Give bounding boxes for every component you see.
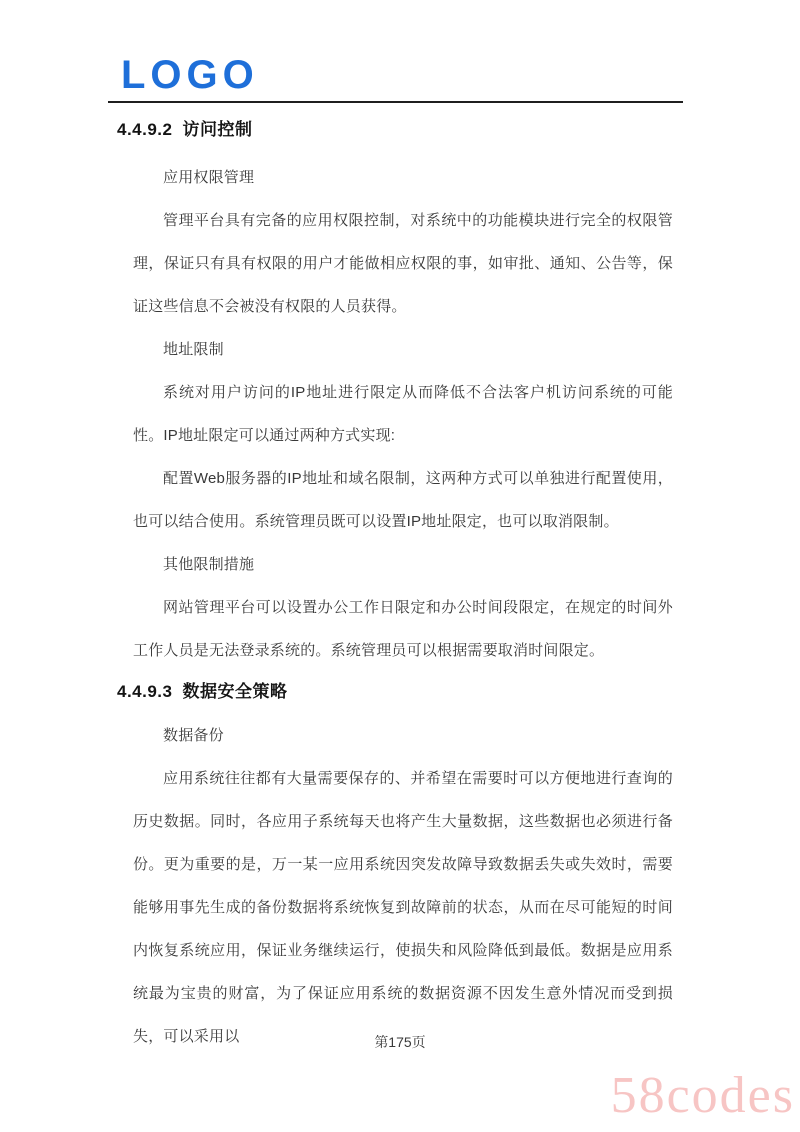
page-number: 第175页 — [0, 1032, 800, 1052]
section-heading-access-control: 4.4.9.2访问控制 — [117, 118, 673, 142]
paragraph-data-backup-subhead: 数据备份 — [117, 714, 673, 757]
document-body: 4.4.9.2访问控制 应用权限管理 管理平台具有完备的应用权限控制，对系统中的… — [117, 112, 673, 1058]
watermark: 58codes — [611, 1068, 795, 1124]
section-number: 4.4.9.2 — [117, 120, 173, 139]
paragraph-ip-limit-body: 系统对用户访问的IP地址进行限定从而降低不合法客户机访问系统的可能性。IP地址限… — [117, 371, 673, 457]
header-divider — [108, 101, 683, 103]
paragraph-app-permission-subhead: 应用权限管理 — [117, 156, 673, 199]
paragraph-address-limit-subhead: 地址限制 — [117, 328, 673, 371]
paragraph-time-limit-body: 网站管理平台可以设置办公工作日限定和办公时间段限定，在规定的时间外工作人员是无法… — [117, 586, 673, 672]
paragraph-other-limits-subhead: 其他限制措施 — [117, 543, 673, 586]
paragraph-app-permission-body: 管理平台具有完备的应用权限控制，对系统中的功能模块进行完全的权限管理，保证只有具… — [117, 199, 673, 328]
paragraph-data-backup-body: 应用系统往往都有大量需要保存的、并希望在需要时可以方便地进行查询的历史数据。同时… — [117, 757, 673, 1058]
document-page: LOGO 4.4.9.2访问控制 应用权限管理 管理平台具有完备的应用权限控制，… — [0, 0, 800, 1132]
paragraph-web-server-config-body: 配置Web服务器的IP地址和域名限制，这两种方式可以单独进行配置使用，也可以结合… — [117, 457, 673, 543]
company-logo: LOGO — [121, 55, 259, 95]
section-title: 数据安全策略 — [183, 682, 288, 701]
section-heading-data-security: 4.4.9.3数据安全策略 — [117, 680, 673, 704]
section-title: 访问控制 — [183, 120, 253, 139]
section-number: 4.4.9.3 — [117, 682, 173, 701]
